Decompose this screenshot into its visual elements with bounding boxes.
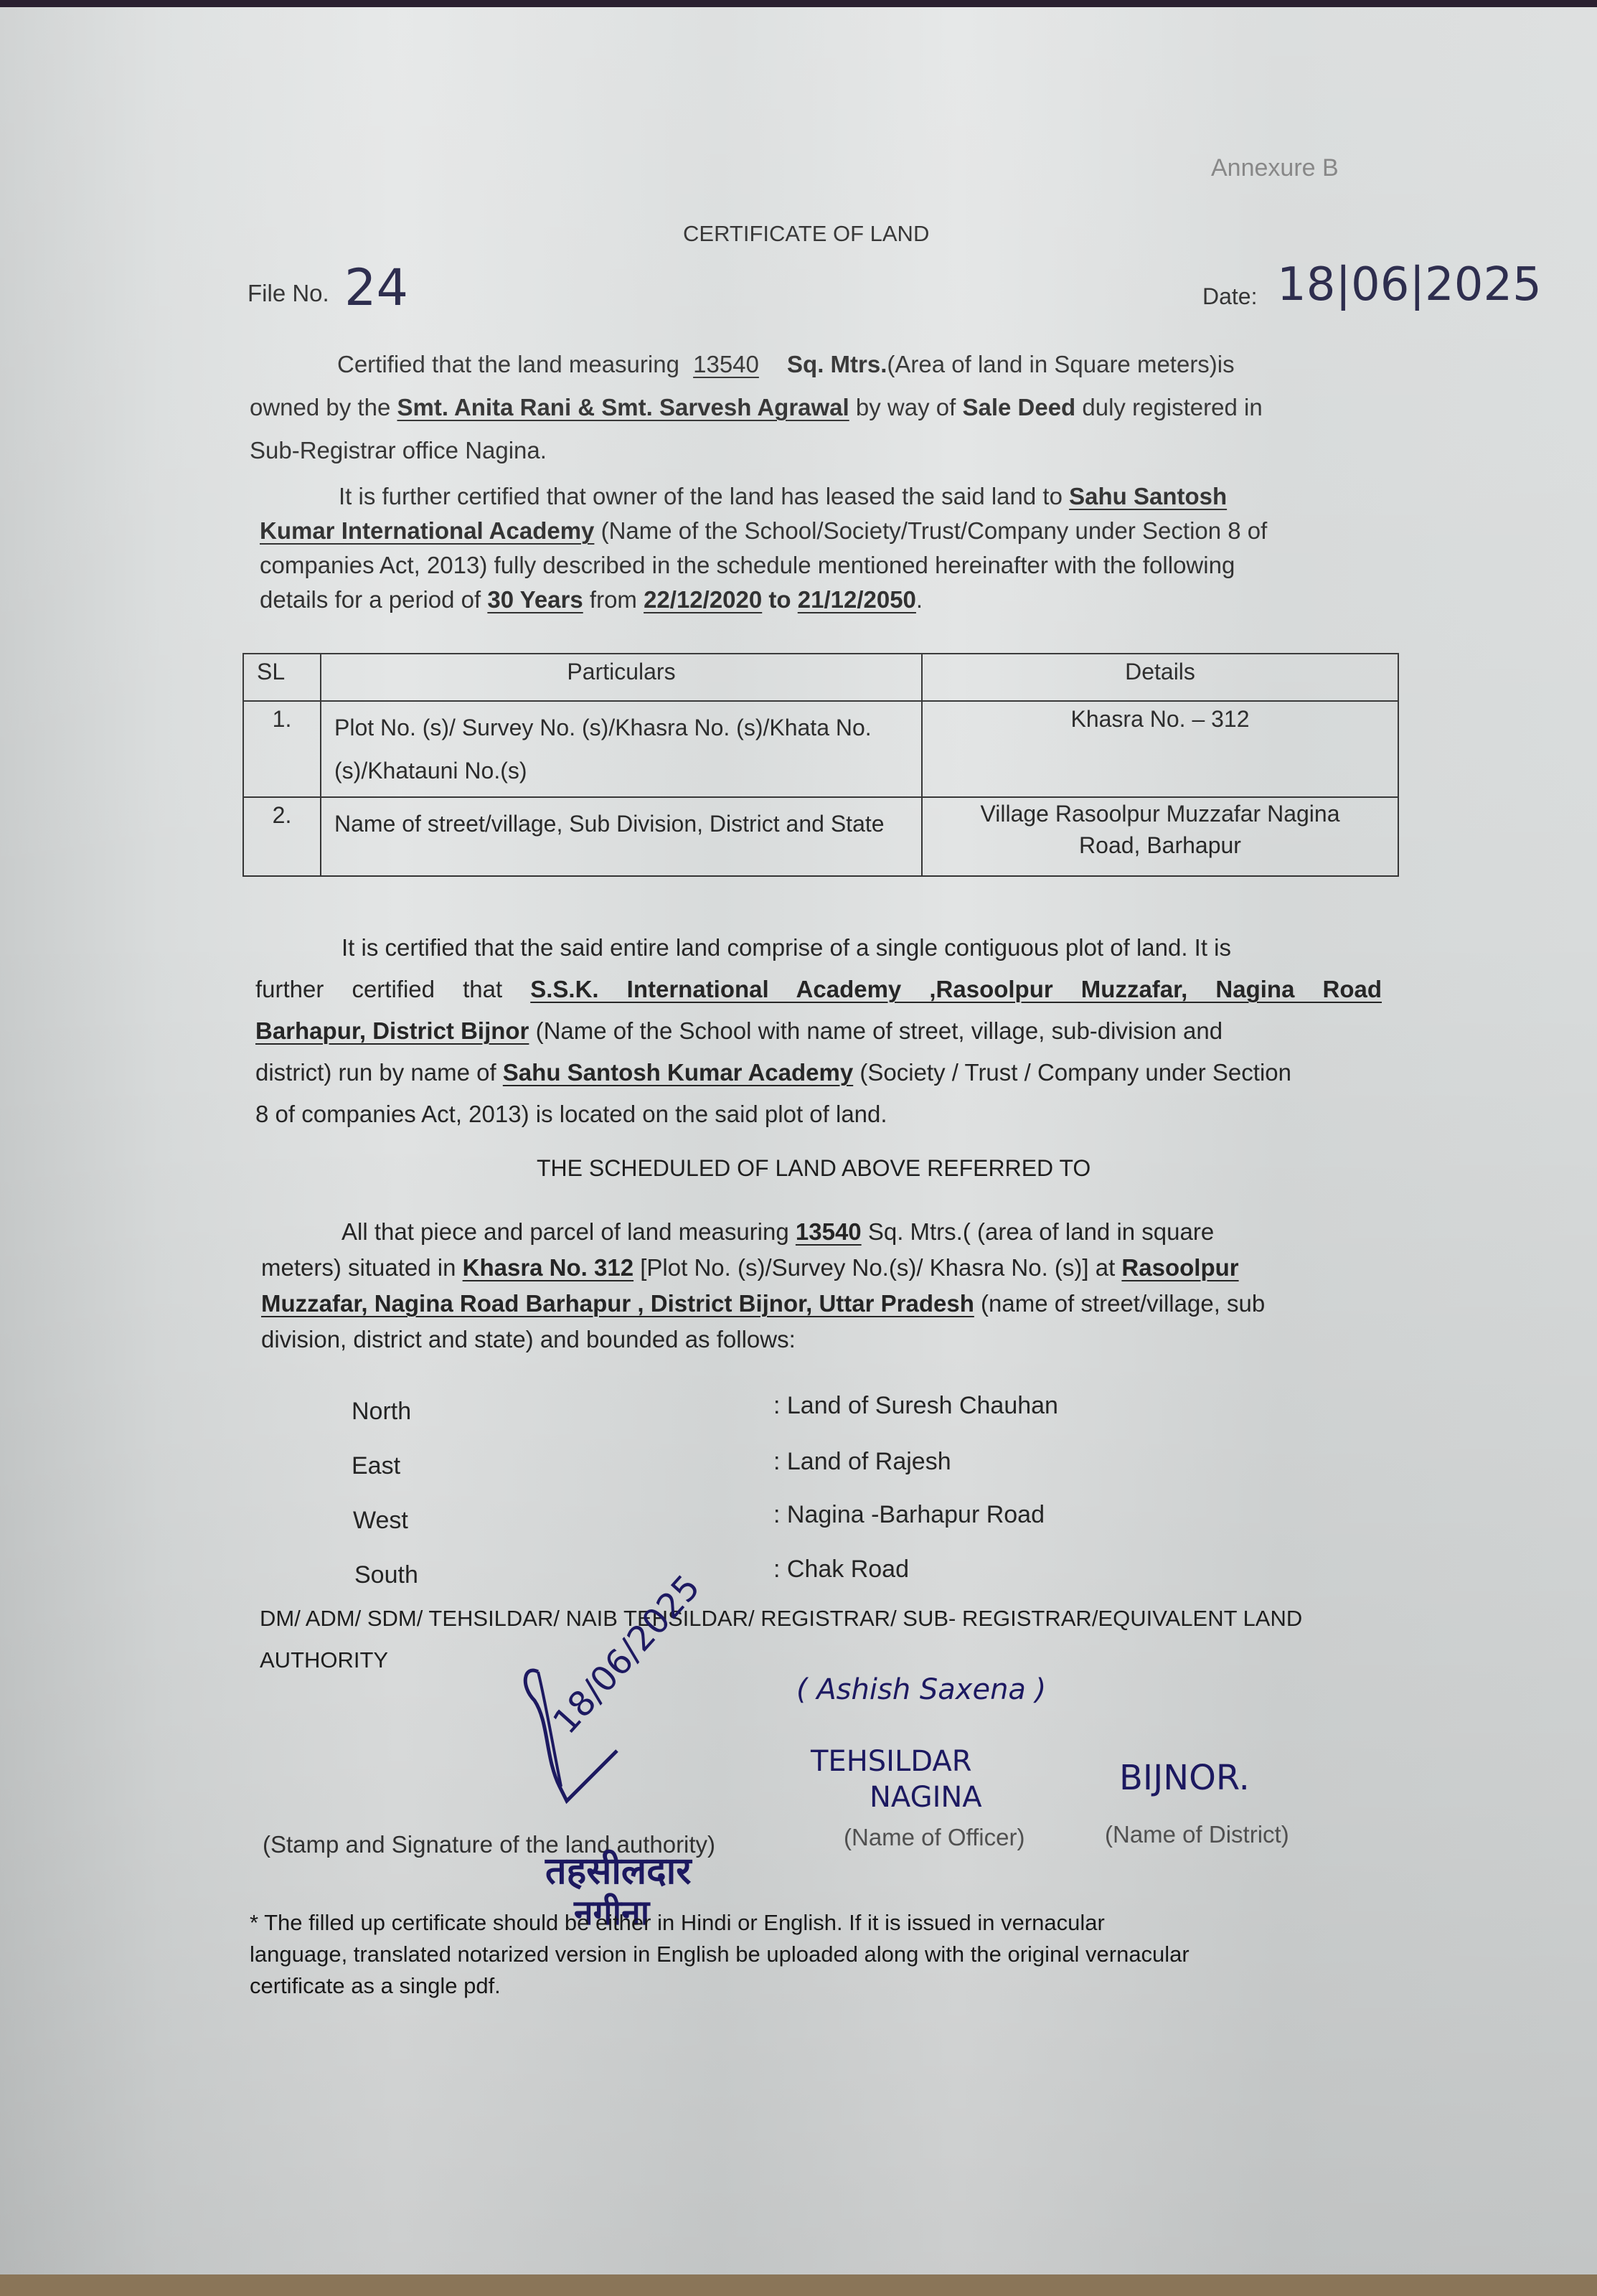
table-surface (0, 2274, 1597, 2296)
header-details: Details (922, 654, 1398, 701)
date-value: 18|06|2025 (1277, 258, 1542, 311)
boundary-north-label: North (352, 1398, 411, 1426)
lessee-name-part1: Sahu Santosh (1069, 483, 1227, 509)
authority-line-2: AUTHORITY (260, 1647, 388, 1673)
officer-name: ( Ashish Saxena ) (796, 1673, 1046, 1706)
footnote: * The filled up certificate should be ei… (250, 1907, 1398, 2002)
certificate-paper: Annexure B CERTIFICATE OF LAND File No. … (0, 7, 1597, 2282)
annexure-label: Annexure B (1211, 154, 1339, 182)
file-no-value: 24 (344, 258, 408, 317)
table-row: 1. Plot No. (s)/ Survey No. (s)/Khasra N… (243, 701, 1398, 797)
file-no-label: File No. (248, 280, 329, 307)
school-paragraph: It is certified that the said entire lan… (255, 927, 1382, 1135)
school-address-part1: S.S.K. International Academy ,Rasoolpur … (530, 976, 1382, 1002)
header-particulars: Particulars (321, 654, 922, 701)
land-details-table: SL Particulars Details 1. Plot No. (s)/ … (242, 653, 1399, 877)
document-title: CERTIFICATE OF LAND (683, 221, 929, 247)
schedule-khasra: Khasra No. 312 (463, 1254, 633, 1281)
society-name: Sahu Santosh Kumar Academy (503, 1059, 853, 1086)
date-label: Date: (1202, 283, 1257, 310)
schedule-area: 13540 (796, 1218, 862, 1245)
schedule-heading: THE SCHEDULED OF LAND ABOVE REFERRED TO (537, 1155, 1090, 1182)
boundary-east-value: : Land of Rajesh (773, 1448, 951, 1476)
lease-from-date: 22/12/2020 (644, 586, 762, 613)
table-row: 2. Name of street/village, Sub Division,… (243, 797, 1398, 876)
label-district-name: (Name of District) (1105, 1821, 1289, 1848)
schedule-paragraph: All that piece and parcel of land measur… (261, 1214, 1380, 1358)
officer-title-line1: TEHSILDAR (811, 1745, 972, 1778)
authority-line-1: DM/ ADM/ SDM/ TEHSILDAR/ NAIB TEHSILDAR/… (260, 1606, 1302, 1632)
owners-names: Smt. Anita Rani & Smt. Sarvesh Agrawal (397, 394, 849, 420)
stamp-hindi-line1: तहसीलदार (545, 1844, 691, 1895)
officer-title-line2: NAGINA (870, 1781, 982, 1814)
lease-paragraph: It is further certified that owner of th… (260, 479, 1393, 617)
boundary-south-value: : Chak Road (773, 1556, 909, 1584)
boundary-west-label: West (353, 1507, 408, 1535)
lessee-name-part2: Kumar International Academy (260, 517, 594, 544)
boundary-north-value: : Land of Suresh Chauhan (773, 1392, 1058, 1420)
boundary-east-label: East (352, 1452, 400, 1480)
boundary-west-value: : Nagina -Barhapur Road (773, 1501, 1045, 1529)
district-name: BIJNOR. (1119, 1758, 1250, 1798)
land-area: 13540 (686, 351, 781, 377)
schedule-location: Muzzafar, Nagina Road Barhapur , Distric… (261, 1290, 974, 1317)
header-sl: SL (243, 654, 321, 701)
lease-to-date: 21/12/2050 (798, 586, 916, 613)
ownership-paragraph: Certified that the land measuring 13540 … (250, 343, 1383, 472)
label-officer-name: (Name of Officer) (844, 1824, 1024, 1851)
school-address-part2: Barhapur, District Bijnor (255, 1017, 529, 1044)
lease-period: 30 Years (487, 586, 583, 613)
boundary-south-label: South (354, 1561, 418, 1589)
